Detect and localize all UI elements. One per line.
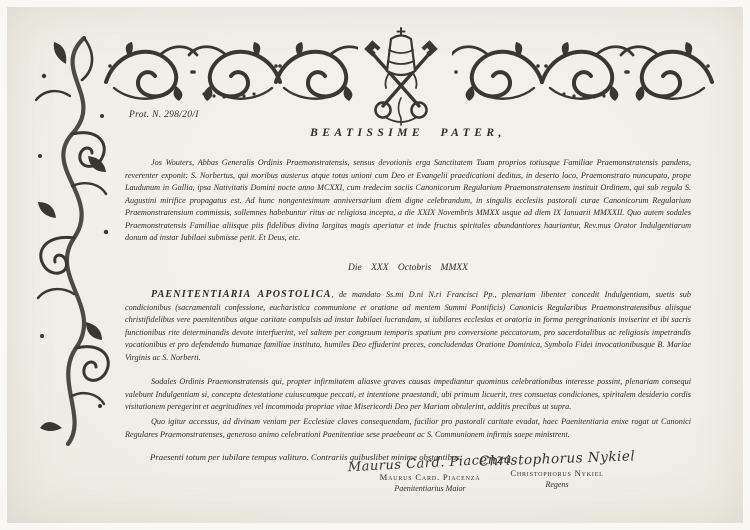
rescript-document-page: Prot. N. 298/20/I BEATISSIME PATER, Jos … bbox=[0, 0, 750, 530]
penitentiary-name-lead: PAENITENTIARIA APOSTOLICA bbox=[151, 289, 332, 300]
floral-border-top-left-icon bbox=[104, 42, 358, 104]
protocol-number: Prot. N. 298/20/I bbox=[129, 110, 199, 120]
signature-printed-nykiel: Christophorus Nykiel bbox=[472, 468, 642, 478]
signature-block-regens: Christophorus Nykiel Christophorus Nykie… bbox=[472, 451, 642, 489]
floral-border-top-right-icon bbox=[452, 42, 722, 104]
signature-title-regens: Regens bbox=[472, 480, 642, 489]
paragraph-infirm: Sodales Ordinis Praemonstratensis qui, p… bbox=[125, 376, 691, 414]
paragraph-grant: PAENITENTIARIA APOSTOLICA, de mandato Ss… bbox=[125, 289, 691, 364]
paragraph-exhortation: Quo igitur accessus, ad divinam veniam p… bbox=[125, 416, 691, 441]
papal-tiara-crossed-keys-icon bbox=[356, 26, 446, 128]
paragraph-petition: Jos Wouters, Abbas Generalis Ordinis Pra… bbox=[125, 157, 691, 245]
salutation-heading: BEATISSIME PATER, bbox=[125, 127, 691, 139]
paragraph-grant-text: , de mandato Ss.mi D.ni N.ri Francisci P… bbox=[125, 290, 691, 362]
signature-handwritten-nykiel: Christophorus Nykiel bbox=[472, 448, 642, 470]
date-line: Die XXX Octobris MMXX bbox=[125, 263, 691, 273]
